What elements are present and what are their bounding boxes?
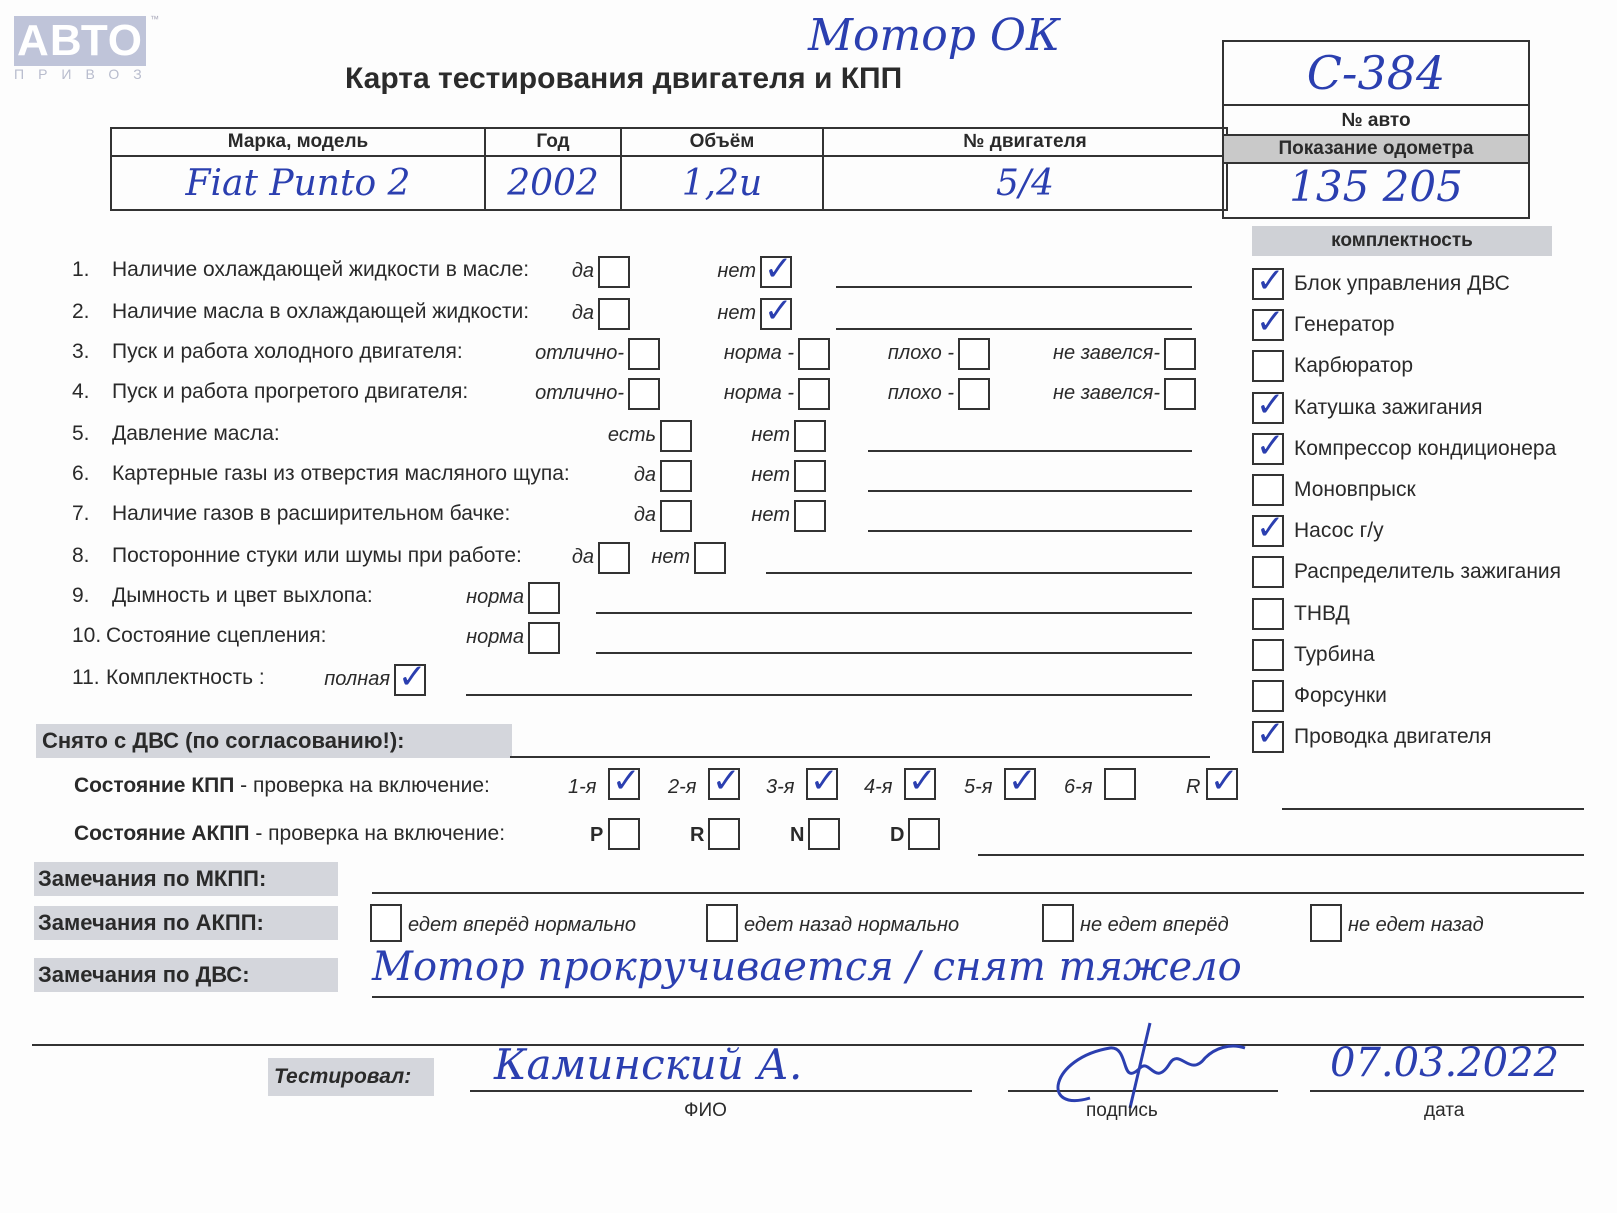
auto-gearbox-label: Состояние АКПП - проверка на включение: — [74, 822, 505, 846]
remark-option-label: не едет назад — [1348, 914, 1484, 937]
logo-subtitle: ПРИВОЗ — [14, 66, 154, 82]
manual-gearbox-subtitle: - проверка на включение: — [234, 774, 490, 797]
manual-gearbox-title: Состояние КПП — [74, 774, 234, 797]
option-checkbox[interactable] — [1164, 338, 1196, 370]
auto-gearbox-subtitle: - проверка на включение: — [250, 822, 506, 845]
option-checkbox[interactable]: ✓ — [760, 298, 792, 330]
col-header-volume: Объём — [621, 128, 823, 156]
option-label: норма — [460, 626, 524, 649]
check-mark-icon: ✓ — [1256, 513, 1285, 543]
kit-item-label: Турбина — [1294, 643, 1375, 667]
notes-line[interactable] — [466, 694, 1192, 696]
odometer-label: Показание одометра — [1224, 134, 1528, 164]
check-label: Посторонние стуки или шумы при работе: — [112, 544, 522, 568]
remarks-auto-label: Замечания по АКПП: — [34, 906, 338, 940]
option-checkbox[interactable] — [660, 460, 692, 492]
remarks-engine-label: Замечания по ДВС: — [34, 958, 338, 992]
kit-item-label: Форсунки — [1294, 684, 1387, 708]
check-label: Наличие масла в охлаждающей жидкости: — [112, 300, 529, 324]
option-checkbox[interactable] — [598, 542, 630, 574]
check-label: Наличие охлаждающей жидкости в масле: — [112, 258, 529, 282]
gear-label: 2-я — [668, 776, 696, 799]
option-label: нет — [648, 546, 690, 569]
kit-item-label: Моновпрыск — [1294, 478, 1416, 502]
option-label: норма - — [712, 342, 794, 365]
notes-line[interactable] — [868, 450, 1192, 452]
kit-checkbox[interactable]: ✓ — [1252, 392, 1284, 424]
remarks-manual-line[interactable] — [372, 892, 1584, 894]
gear-checkbox[interactable]: ✓ — [1206, 768, 1238, 800]
option-checkbox[interactable] — [598, 298, 630, 330]
notes-line[interactable] — [596, 652, 1192, 654]
check-number: 6. — [72, 462, 102, 486]
option-label: не завелся- — [1024, 342, 1160, 365]
col-header-engine-number: № двигателя — [823, 128, 1227, 156]
gear-label: 5-я — [964, 776, 992, 799]
auto-gear-checkbox[interactable] — [608, 818, 640, 850]
option-checkbox[interactable] — [794, 420, 826, 452]
make-model-value[interactable]: Fiat Punto 2 — [111, 156, 485, 210]
kit-item-label: Карбюратор — [1294, 354, 1413, 378]
option-label: плохо - — [868, 342, 954, 365]
kit-checkbox[interactable] — [1252, 474, 1284, 506]
date-line — [1310, 1090, 1584, 1092]
option-label: отлично- — [520, 382, 624, 405]
remarks-engine-line — [372, 996, 1584, 998]
option-label: да — [560, 302, 594, 325]
check-mark-icon: ✓ — [1256, 390, 1285, 420]
date-caption: дата — [1424, 1100, 1464, 1122]
check-number: 2. — [72, 300, 102, 324]
kit-checkbox[interactable]: ✓ — [1252, 433, 1284, 465]
page-title: Карта тестирования двигателя и КПП — [345, 62, 902, 96]
option-label: не завелся- — [1024, 382, 1160, 405]
check-mark-icon: ✓ — [764, 296, 793, 326]
option-checkbox[interactable] — [528, 582, 560, 614]
option-label: нет — [744, 424, 790, 447]
option-checkbox[interactable] — [628, 378, 660, 410]
option-label: отлично- — [520, 342, 624, 365]
check-mark-icon: ✓ — [764, 254, 793, 284]
option-checkbox[interactable] — [628, 338, 660, 370]
check-mark-icon: ✓ — [712, 766, 741, 796]
auto-gearbox-title: Состояние АКПП — [74, 822, 250, 845]
option-checkbox[interactable] — [958, 338, 990, 370]
option-checkbox[interactable] — [1164, 378, 1196, 410]
remark-checkbox[interactable] — [1310, 904, 1342, 942]
check-mark-icon: ✓ — [398, 662, 427, 692]
gear-label: 4-я — [864, 776, 892, 799]
col-header-year: Год — [485, 128, 621, 156]
check-label: Наличие газов в расширительном бачке: — [112, 502, 510, 526]
odometer-value[interactable]: 135 205 — [1224, 162, 1528, 214]
remarks-manual-label: Замечания по МКПП: — [34, 862, 338, 896]
option-checkbox[interactable]: ✓ — [394, 664, 426, 696]
auto-number-label: № авто — [1224, 104, 1528, 134]
gear-label: 6-я — [1064, 776, 1092, 799]
auto-gear-checkbox[interactable] — [808, 818, 840, 850]
kit-item-label: ТНВД — [1294, 602, 1350, 626]
option-label: нет — [700, 260, 756, 283]
option-label: нет — [700, 302, 756, 325]
option-checkbox[interactable] — [958, 378, 990, 410]
check-mark-icon: ✓ — [1210, 766, 1239, 796]
option-label: норма — [460, 586, 524, 609]
auto-gear-label: N — [790, 824, 804, 847]
year-value[interactable]: 2002 — [485, 156, 621, 210]
remarks-engine-value[interactable]: Мотор прокручивается / снят тяжело — [372, 944, 1242, 990]
check-mark-icon: ✓ — [1256, 307, 1285, 337]
volume-value[interactable]: 1,2и — [621, 156, 823, 210]
check-number: 3. — [72, 340, 102, 364]
auto-gear-checkbox[interactable] — [908, 818, 940, 850]
check-number: 8. — [72, 544, 102, 568]
col-header-make-model: Марка, модель — [111, 128, 485, 156]
option-checkbox[interactable] — [694, 542, 726, 574]
option-checkbox[interactable] — [598, 256, 630, 288]
auto-gear-checkbox[interactable] — [708, 818, 740, 850]
kit-item-label: Генератор — [1294, 313, 1395, 337]
kit-checkbox[interactable] — [1252, 598, 1284, 630]
signature-caption: подпись — [1086, 1100, 1158, 1122]
notes-line[interactable] — [596, 612, 1192, 614]
kit-item-label: Проводка двигателя — [1294, 725, 1492, 749]
removed-line[interactable] — [510, 756, 1210, 758]
engine-number-value[interactable]: 5/4 — [823, 156, 1227, 210]
kit-header: комплектность — [1252, 226, 1552, 256]
remark-checkbox[interactable] — [1042, 904, 1074, 942]
gear-label: R — [1186, 776, 1200, 799]
check-number: 7. — [72, 502, 102, 526]
option-label: нет — [744, 504, 790, 527]
check-number: 10. — [72, 624, 102, 648]
option-label: да — [560, 260, 594, 283]
gear-checkbox[interactable]: ✓ — [708, 768, 740, 800]
check-mark-icon: ✓ — [612, 766, 641, 796]
auto-gearbox-line[interactable] — [978, 854, 1584, 856]
check-number: 11. — [72, 666, 102, 690]
vehicle-table: Марка, модель Год Объём № двигателя Fiat… — [110, 127, 1228, 211]
tested-by-label: Тестировал: — [268, 1058, 434, 1096]
kit-checkbox[interactable]: ✓ — [1252, 309, 1284, 341]
kit-item-label: Катушка зажигания — [1294, 396, 1482, 420]
option-checkbox[interactable] — [798, 338, 830, 370]
check-label: Картерные газы из отверстия масляного щу… — [112, 462, 570, 486]
option-label: полная — [320, 668, 390, 691]
check-mark-icon: ✓ — [1256, 719, 1285, 749]
option-checkbox[interactable] — [660, 420, 692, 452]
check-label: Пуск и работа прогретого двигателя: — [112, 380, 468, 404]
check-label: Давление масла: — [112, 422, 280, 446]
gear-label: 1-я — [568, 776, 596, 799]
check-number: 9. — [72, 584, 102, 608]
option-label: да — [620, 464, 656, 487]
check-mark-icon: ✓ — [1008, 766, 1037, 796]
notes-line[interactable] — [868, 530, 1192, 532]
option-checkbox[interactable] — [798, 378, 830, 410]
auto-number-value[interactable]: С-384 — [1224, 46, 1528, 108]
kit-checkbox[interactable] — [1252, 639, 1284, 671]
notes-line[interactable] — [868, 490, 1192, 492]
remark-option-label: едет вперёд нормально — [408, 914, 636, 937]
notes-line[interactable] — [766, 572, 1192, 574]
name-caption: ФИО — [684, 1100, 727, 1122]
kit-checkbox[interactable] — [1252, 680, 1284, 712]
check-label: Дымность и цвет выхлопа: — [112, 584, 373, 608]
check-mark-icon: ✓ — [908, 766, 937, 796]
notes-line[interactable] — [836, 328, 1192, 330]
kit-checkbox[interactable]: ✓ — [1252, 515, 1284, 547]
notes-line[interactable] — [836, 286, 1192, 288]
option-checkbox[interactable] — [794, 500, 826, 532]
option-checkbox[interactable] — [660, 500, 692, 532]
option-label: нет — [744, 464, 790, 487]
check-number: 5. — [72, 422, 102, 446]
logo: АВТО — [14, 16, 146, 66]
check-label: Состояние сцепления: — [106, 624, 326, 648]
auto-gear-label: D — [890, 824, 904, 847]
handwritten-note-top: Мотор ОК — [808, 10, 1060, 61]
kit-checkbox[interactable]: ✓ — [1252, 268, 1284, 300]
check-label: Пуск и работа холодного двигателя: — [112, 340, 463, 364]
auto-gear-label: P — [590, 824, 603, 847]
removed-label: Снято с ДВС (по согласованию!): — [36, 724, 512, 758]
option-checkbox[interactable] — [528, 622, 560, 654]
kit-item-label: Распределитель зажигания — [1294, 560, 1561, 584]
check-mark-icon: ✓ — [1256, 266, 1285, 296]
option-checkbox[interactable]: ✓ — [760, 256, 792, 288]
manual-gearbox-label: Состояние КПП - проверка на включение: — [74, 774, 490, 798]
logo-trademark: ™ — [150, 14, 159, 24]
gear-checkbox[interactable]: ✓ — [806, 768, 838, 800]
name-line — [470, 1090, 972, 1092]
remark-option-label: едет назад нормально — [744, 914, 959, 937]
date-value[interactable]: 07.03.2022 — [1330, 1040, 1559, 1086]
remark-option-label: не едет вперёд — [1080, 914, 1229, 937]
remark-checkbox[interactable] — [370, 904, 402, 942]
check-number: 1. — [72, 258, 102, 282]
gear-label: 3-я — [766, 776, 794, 799]
gear-checkbox[interactable]: ✓ — [904, 768, 936, 800]
gear-checkbox[interactable] — [1104, 768, 1136, 800]
check-mark-icon: ✓ — [810, 766, 839, 796]
option-label: да — [620, 504, 656, 527]
option-label: норма - — [712, 382, 794, 405]
tested-by-name[interactable]: Каминский А. — [494, 1040, 802, 1089]
kit-item-label: Блок управления ДВС — [1294, 272, 1510, 296]
kit-checkbox[interactable] — [1252, 556, 1284, 588]
option-label: да — [570, 546, 594, 569]
auto-gear-label: R — [690, 824, 704, 847]
check-number: 4. — [72, 380, 102, 404]
check-mark-icon: ✓ — [1256, 431, 1285, 461]
manual-gearbox-line[interactable] — [1282, 808, 1584, 810]
gear-checkbox[interactable]: ✓ — [608, 768, 640, 800]
remark-checkbox[interactable] — [706, 904, 738, 942]
option-checkbox[interactable] — [794, 460, 826, 492]
kit-checkbox[interactable] — [1252, 350, 1284, 382]
check-label: Комплектность : — [106, 666, 265, 690]
option-label: плохо - — [868, 382, 954, 405]
kit-item-label: Компрессор кондиционера — [1294, 437, 1556, 461]
kit-checkbox[interactable]: ✓ — [1252, 721, 1284, 753]
auto-info-box: С-384 № авто Показание одометра 135 205 — [1222, 40, 1530, 219]
option-label: есть — [604, 424, 656, 447]
kit-item-label: Насос г/у — [1294, 519, 1384, 543]
gear-checkbox[interactable]: ✓ — [1004, 768, 1036, 800]
